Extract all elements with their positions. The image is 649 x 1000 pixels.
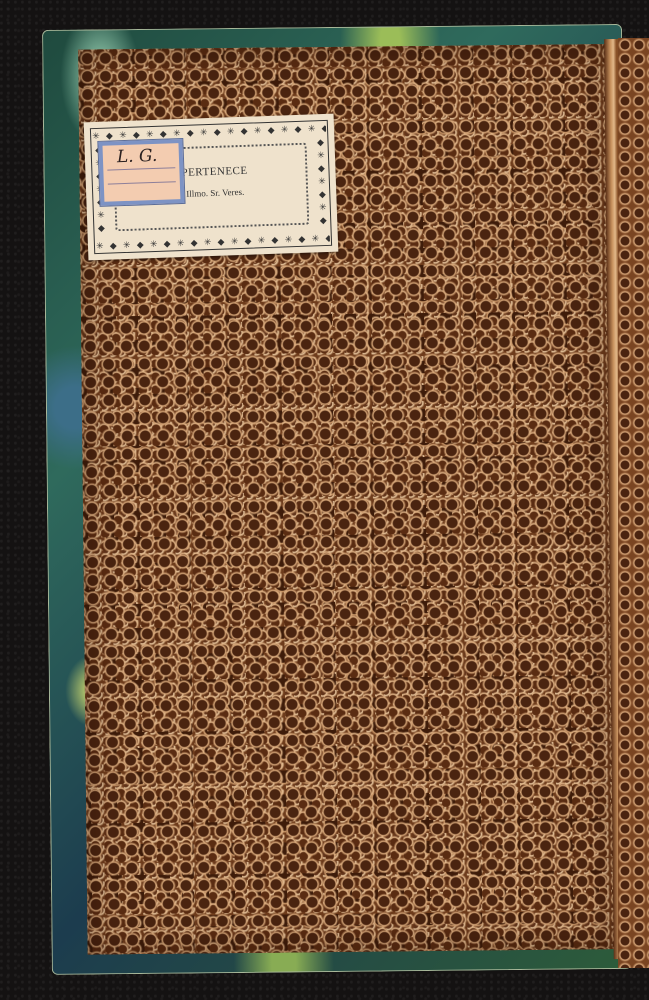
bookplate-label: ✳ ◆ ✳ ◆ ✳ ◆ ✳ ◆ ✳ ◆ ✳ ◆ ✳ ◆ ✳ ◆ ✳ ◆ ✳ ✳ … [84, 114, 339, 261]
bookplate-heading: PERTENECE [181, 165, 248, 179]
ruled-line [107, 167, 175, 170]
shelfmark-handwriting: L. G. [117, 146, 158, 167]
facing-endpaper [618, 38, 649, 968]
shelfmark-label: L. G. [98, 139, 184, 206]
ruled-line [108, 181, 176, 184]
bookplate-owner: Illmo. Sr. Veres. [186, 187, 244, 199]
